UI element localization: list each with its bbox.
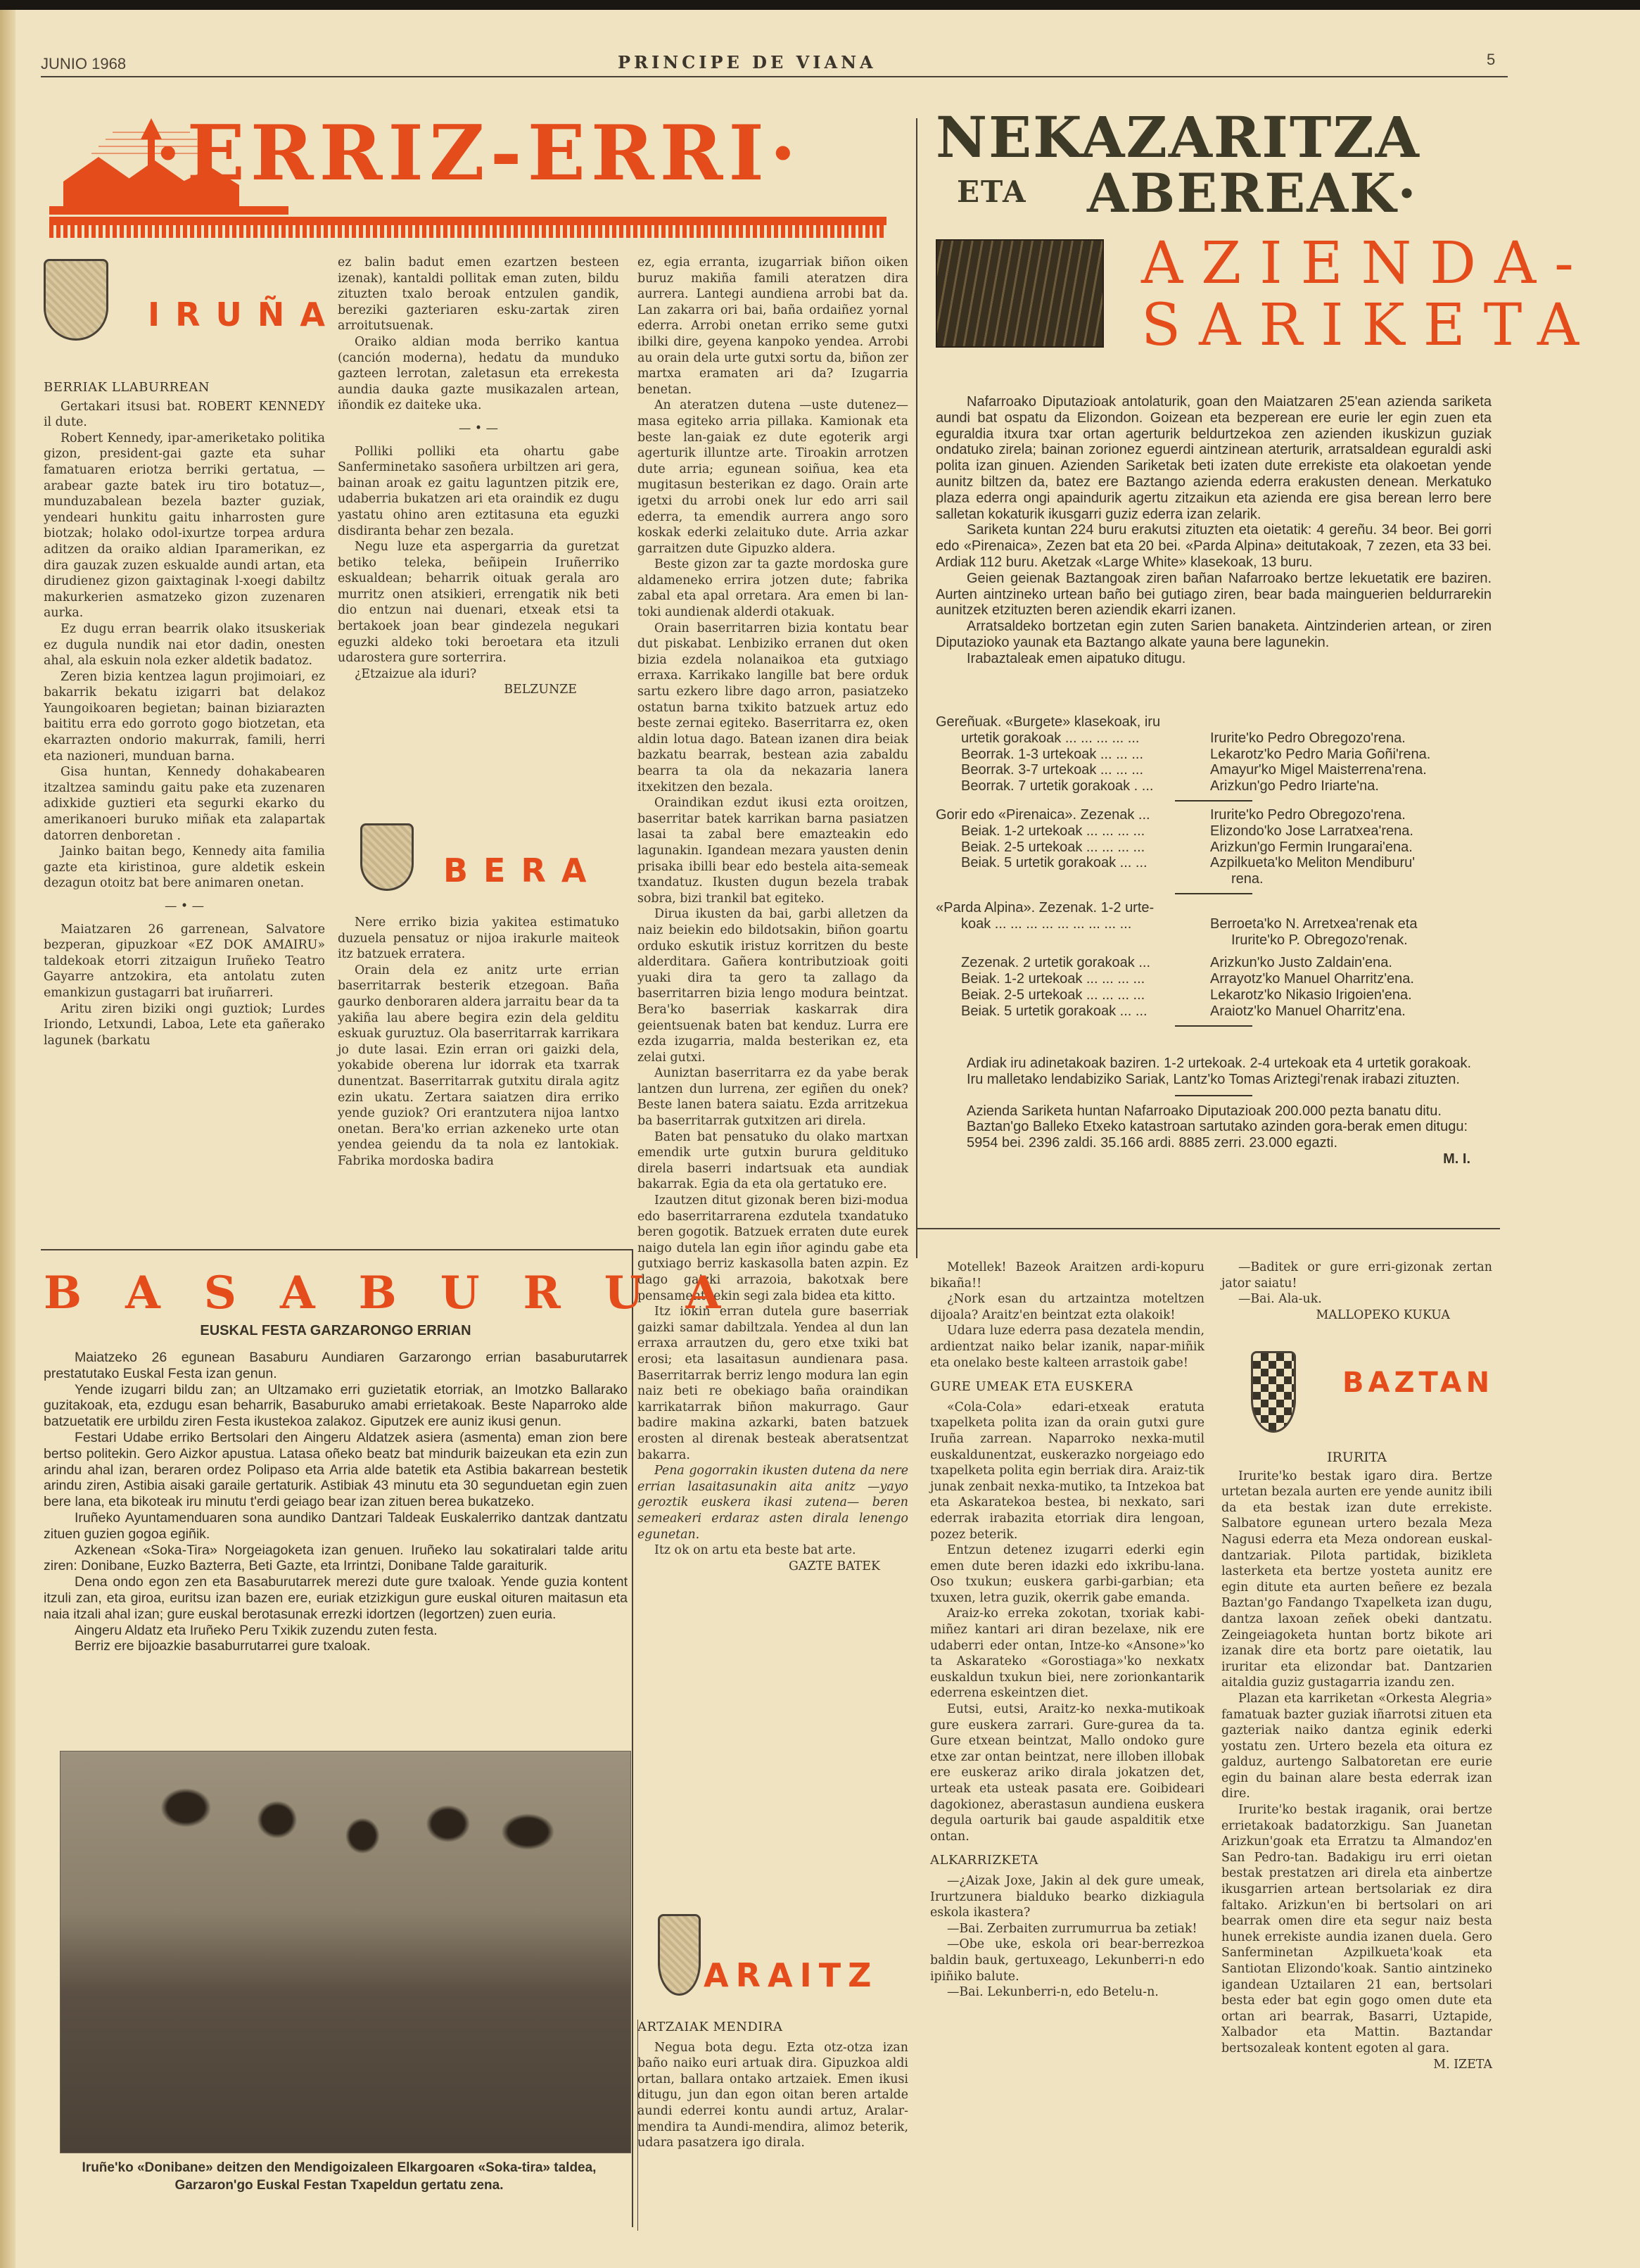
bera-coat-of-arms-icon [360, 823, 414, 891]
araitz-heading-euskera: GURE UMEAK ETA EUSKERA [930, 1379, 1204, 1395]
baztan-title: BAZTAN [1342, 1367, 1494, 1399]
section-separator: — • — [44, 899, 325, 915]
araitz-column-1: ARTZAIAK MENDIRA Negua bota degu. Ezta o… [637, 2020, 908, 2151]
abereak-banner-title: ABEREAK· [1087, 162, 1418, 225]
araitz-left-rule [637, 2020, 638, 2231]
baztan-checkered-coat-of-arms-icon [1251, 1351, 1296, 1433]
table-separator [1175, 1025, 1252, 1027]
basaburua-title: BASABURUA [44, 1267, 628, 1319]
azienda-paragraph: Irabaztaleak emen aipatuko ditugu. [936, 651, 1492, 667]
basaburua-subheading: EUSKAL FESTA GARZARONGO ERRIAN [44, 1323, 628, 1339]
closing-separator [1175, 1095, 1252, 1096]
table-separator [1175, 893, 1252, 894]
iruna-subheading: BERRIAK LLABURREAN [44, 380, 325, 396]
winners-row: Beiak. 2-5 urtekoak ... ... ... ...Lekar… [936, 987, 1492, 1003]
banner-fence-decoration [49, 217, 886, 238]
araitz-signature: MALLOPEKO KUKUA [1221, 1307, 1492, 1324]
header-rule [41, 76, 1508, 77]
baztan-column: IRURITA Irurite'ko bestak igaro dira. Be… [1221, 1450, 1492, 2072]
bera-column-1: Nere erriko bizia yakitea estimatuko duz… [338, 915, 619, 1170]
azienda-paragraph: Arratsaldeko bortzetan egin zuten Sarien… [936, 619, 1492, 651]
publication-title: PRINCIPE DE VIANA [618, 52, 877, 72]
azienda-paragraph: Nafarroako Diputazioak antolaturik, goan… [936, 394, 1492, 522]
soka-tira-team-photo [60, 1751, 631, 2153]
basaburua-top-rule [41, 1249, 633, 1250]
basaburua-article-body: Maiatzeko 26 egunean Basaburu Aundiaren … [44, 1350, 628, 1654]
bera-signature: GAZTE BATEK [637, 1559, 908, 1575]
column-divider-right-section [916, 118, 917, 1258]
scan-top-border [0, 0, 1640, 10]
azienda-paragraph: Sariketa kuntan 224 buru erakutsi zituzt… [936, 522, 1492, 570]
winners-row: Beiak. 2-5 urtekoak ... ... ... ...Arizk… [936, 840, 1492, 856]
azienda-title-line2: SARIKETA [1141, 294, 1597, 357]
araitz-column-2: Motellek! Bazeok Araitzen ardi-kopuru bi… [930, 1260, 1204, 2001]
azienda-bottom-rule [916, 1228, 1500, 1229]
azienda-signature: M. I. [936, 1151, 1492, 1167]
azienda-article-body: Nafarroako Diputazioak antolaturik, goan… [936, 394, 1492, 667]
winners-row: Beorrak. 3-7 urtekoak ... ... ...Amayur'… [936, 762, 1492, 778]
winners-row: urtetik gorakoak ... ... ... ... ...Irur… [936, 730, 1492, 747]
baztan-subheading: IRURITA [1221, 1450, 1492, 1466]
page-number: 5 [1487, 51, 1495, 69]
header-date: JUNIO 1968 [41, 55, 126, 73]
column-divider-basaburua [632, 1249, 633, 2227]
winners-row: Beiak. 5 urtetik gorakoak ... ...Azpilku… [936, 855, 1492, 871]
winners-row: Beiak. 1-2 urtekoak ... ... ... ...Array… [936, 971, 1492, 987]
iruna-column-2: ez balin badut emen ezartzen besteen ize… [338, 255, 619, 698]
araitz-column-3: —Baditek or gure erri-gizonak zertan jat… [1221, 1260, 1492, 1323]
winners-row: Gorir edo «Pirenaica». Zezenak ...Irurit… [936, 807, 1492, 823]
winners-row: Zezenak. 2 urtetik gorakoak ...Arizkun'k… [936, 955, 1492, 971]
azienda-title-line1: AZIENDA- [1141, 232, 1592, 296]
pamplona-coat-of-arms-icon [44, 259, 108, 341]
winners-row: Beorrak. 1-3 urtekoak ... ... ...Lekarot… [936, 747, 1492, 763]
iruna-title: IRUÑA [148, 296, 341, 334]
winners-table: Gereñuak. «Burgete» klasekoak, iru urtet… [936, 714, 1492, 1032]
erriz-erri-banner-title: ·ERRIZ-ERRI· [155, 111, 802, 196]
winners-row: Beorrak. 7 urtetik gorakoak . ...Arizkun… [936, 778, 1492, 794]
scan-left-edge [0, 10, 15, 2268]
araitz-heading-alkarrizketa: ALKARRIZKETA [930, 1853, 1204, 1869]
araitz-subheading: ARTZAIAK MENDIRA [637, 2020, 908, 2036]
araitz-title: ARAITZ [704, 1956, 878, 1994]
winners-row: Beiak. 1-2 urtekoak ... ... ... ...Elizo… [936, 823, 1492, 840]
winners-row: Gereñuak. «Burgete» klasekoak, iru [936, 714, 1492, 730]
azienda-closing: Ardiak iru adinetakoak baziren. 1-2 urte… [936, 1056, 1492, 1167]
photo-caption: Iruñe'ko «Donibane» deitzen den Mendigoi… [44, 2159, 635, 2194]
nekazaritza-banner-title: NEKAZARITZA [936, 106, 1420, 169]
winners-row: rena. [936, 871, 1492, 887]
table-separator [1175, 800, 1252, 802]
azienda-paragraph: Geien geienak Baztangoak ziren bañan Naf… [936, 571, 1492, 619]
iruna-signature: BELZUNZE [338, 682, 619, 698]
winners-row: Beiak. 5 urtetik gorakoak ... ...Araiotz… [936, 1003, 1492, 1020]
winners-row: Irurite'ko P. Obregozo'renak. [936, 932, 1492, 949]
bera-title: BERA [443, 851, 602, 889]
farmers-woodcut-illustration-icon [936, 239, 1104, 348]
eta-banner-word: ETA [957, 175, 1027, 209]
araitz-coat-of-arms-icon [658, 1914, 701, 1996]
winners-row: «Parda Alpina». Zezenak. 1-2 urte- [936, 900, 1492, 916]
winners-row: koak ... ... ... ... ... ... ... ... ...… [936, 916, 1492, 932]
baztan-signature: M. IZETA [1221, 2057, 1492, 2073]
bera-italic-paragraph: Pena gogorrakin ikusten dutena da nere e… [637, 1463, 908, 1542]
iruna-column-1: BERRIAK LLABURREAN Gertakari itsusi bat.… [44, 380, 325, 1049]
bera-column-2: ez, egia erranta, izugarriak biñon oiken… [637, 255, 908, 1574]
section-separator: — • — [338, 421, 619, 437]
